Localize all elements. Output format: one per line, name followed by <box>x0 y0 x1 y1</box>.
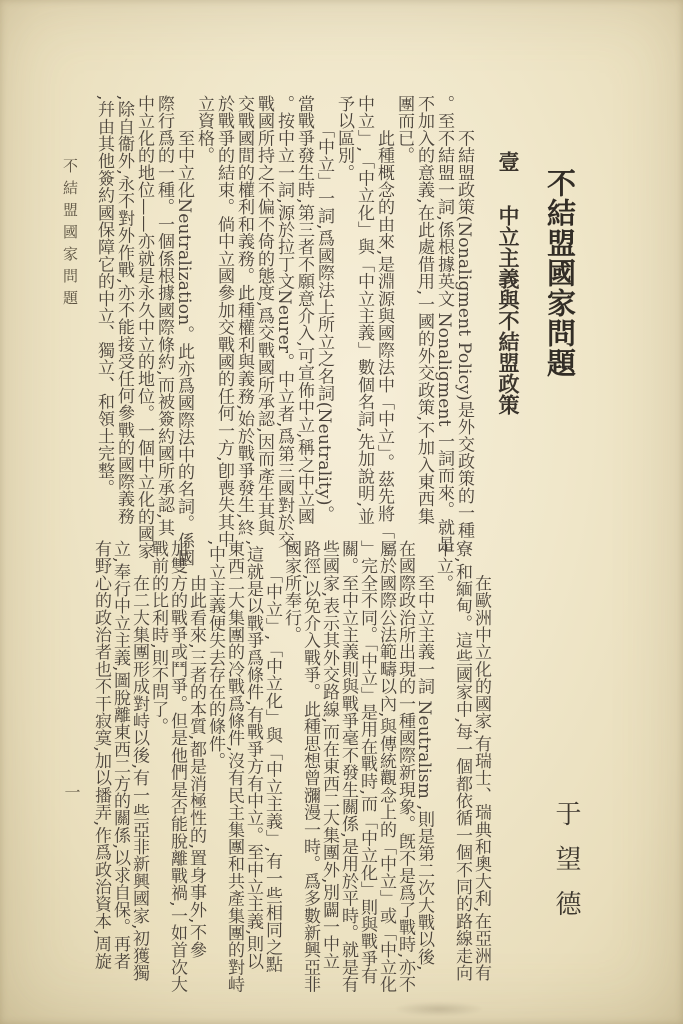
text-column: ,這就是以戰爭爲條件,有戰爭方有中立。至中立主義,則以 <box>243 540 262 998</box>
text-column: 由此看來,三者的本質,都是消極性的,置身事外,不參 <box>186 540 205 998</box>
page-number: 一 <box>60 784 83 800</box>
text-column: 際行爲的一種。一個係根據國際條約,而被簽約國所承認,其 <box>154 95 174 547</box>
text-column: 中立。 <box>433 540 452 998</box>
text-column: 不結盟政策(Nonaligment Policy)是外交政策的一種 <box>454 95 474 547</box>
text-column: 不加入的意義,在此處借用,一國的外交政策,不加入東西集 <box>414 95 434 547</box>
text-column: 關。至中立主義則與戰爭毫不發生關係,是用於平時。就是有 <box>338 540 357 998</box>
pencil-smudge <box>396 1002 482 1016</box>
text-column: 此種概念的由來,是淵源與國際法中「中立」。茲先將「 <box>374 95 394 547</box>
text-column: 國家所奉行。 <box>281 540 300 998</box>
body-text-upper: 不結盟政策(Nonaligment Policy)是外交政策的一種。至不結盟一詞… <box>94 95 474 547</box>
text-column: 。按中立一詞,源於拉丁文Neurer。中立者,爲第三國對於交 <box>274 95 294 547</box>
text-column: 。至不結盟一詞,係根據英文 Nonaligment 一詞而來。就是 <box>434 95 454 547</box>
text-column: 在國際政治所出現的一種國際新現象。旣不是爲了戰時,亦不 <box>395 540 414 998</box>
text-column: 至中立化Neutralization。此亦爲國際法中的名詞。係國 <box>174 95 194 547</box>
text-column: 戰前的比利時,則不問了。 <box>148 540 167 998</box>
text-column: 於戰爭的結束。倘中立國參加交戰國的任何一方,卽喪失其中 <box>214 95 234 547</box>
text-column: ,除自衞外,永不對外作戰,亦不能接受任何參戰的國際義務 <box>114 95 134 547</box>
text-column: 「中立」,「中立化」與「中立主義」,有一些相同之點 <box>262 540 281 998</box>
author-name: 于望德 <box>548 800 585 935</box>
text-column: 交戰國間的權利和義務。此種權利與義務,始於戰爭發生,終 <box>234 95 254 547</box>
text-column: 在歐洲中立化的國家,有瑞士、瑞典和奧大利,在亞洲有 <box>471 540 490 998</box>
text-column: 「中立」一詞,爲國際法上所立之名詞(Neutrality)。 <box>314 95 334 547</box>
text-column: 路徑,以免介入戰爭。此種思想曾瀰漫一時。爲多數新興亞非 <box>300 540 319 998</box>
text-column: 些國家,表示其外交路線,而在東西二大集團外,別闢一中立 <box>319 540 338 998</box>
section-title: 中立主義與不結盟政策 <box>496 205 521 415</box>
text-column: ,幷由其他簽約國保障它的中立、獨立、和領土完整。 <box>94 95 114 547</box>
page-title: 不結盟國家問題 <box>540 168 581 378</box>
text-column: 有野心的政治者也不干寂寞,加以播弄,作爲政治資本,周旋 <box>91 540 110 998</box>
text-column: 寮,和緬甸。這些國家中,每一個都依循一個不同的路線走向 <box>452 540 471 998</box>
scanned-page: 不結盟國家問題 一 不結盟國家問題 壹 中立主義與不結盟政策 不結盟政策(Non… <box>0 0 683 1024</box>
text-column: 中立化的地位——亦就是永久中立的地位。一個中立化的國家 <box>134 95 154 547</box>
body-text-lower: 在歐洲中立化的國家,有瑞士、瑞典和奧大利,在亞洲有寮,和緬甸。這些國家中,每一個… <box>91 540 490 998</box>
text-column: ,中立主義便失去存在的條件。 <box>205 540 224 998</box>
text-column: 立資格。 <box>194 95 214 547</box>
section-heading: 壹 中立主義與不結盟政策 <box>493 151 523 415</box>
text-column: 至中立主義一詞 Neutralism ,則是第二次大戰以後, <box>414 540 433 998</box>
section-number: 壹 <box>496 151 521 172</box>
text-column: 予以區別。 <box>334 95 354 547</box>
text-column: 團而已。 <box>394 95 414 547</box>
margin-running-title: 不結盟國家問題 <box>60 158 81 312</box>
text-column: 戰國所持之不偏不倚的態度,爲交戰國所承認,因而產生其與 <box>254 95 274 547</box>
text-column: 加雙方的戰爭或鬥爭。但是他們是否能脫離戰禍,一如首次大 <box>167 540 186 998</box>
text-column: 當戰爭發生時,第三者不願意介入,可宣佈中立,稱之中立國 <box>294 95 314 547</box>
text-column: 屬於國際公法範疇以內,與傳統觀念上的「中立」或「中立化 <box>376 540 395 998</box>
text-column: 在二大集團形成對峙以後,有一些亞非新興國家,初獲獨 <box>129 540 148 998</box>
text-column: 」完全不同。「中立」是用在戰時,而「中立化」則與戰爭有 <box>357 540 376 998</box>
text-column: 東西二大集團的冷戰爲條件,沒有民主集團和共產集團的對峙 <box>224 540 243 998</box>
text-column: 立,奉行中立主義,圖脫離東西二方的關係,以求自保。再者 <box>110 540 129 998</box>
text-column: 中立」,「中立化」與「中立主義」數個名詞,先加說明,並 <box>354 95 374 547</box>
